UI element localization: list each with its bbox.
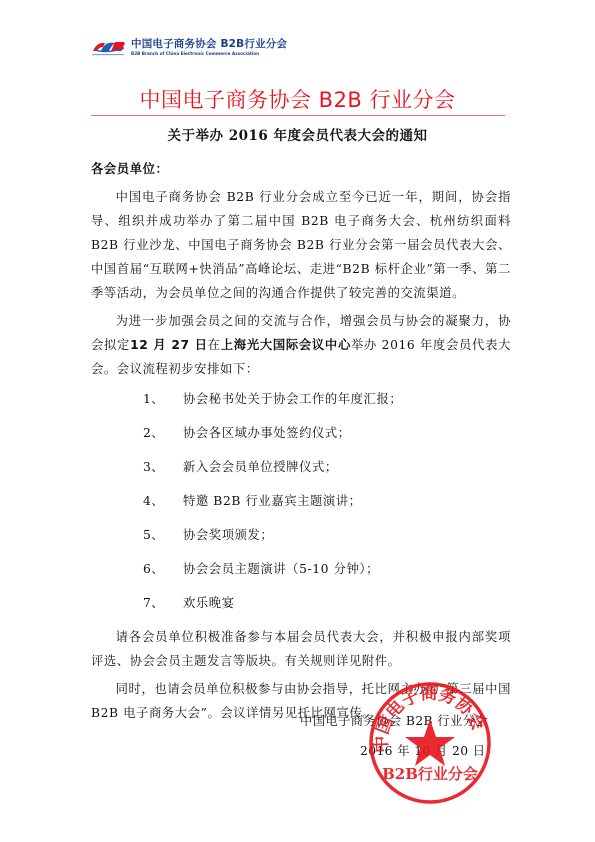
agenda-item: 2、协会各区域办事处签约仪式； [91,421,511,445]
agenda-item: 1、协会秘书处关于协会工作的年度汇报； [91,387,511,411]
letter-body: 各会员单位： 中国电子商务协会 B2B 行业分会成立至今已近一年，期间，协会指导… [91,157,511,729]
red-divider [91,115,505,116]
agenda-item: 3、新入会会员单位授牌仪式； [91,455,511,479]
letterhead-org-en: B2B Branch of China Electronic Commerce … [131,51,287,57]
agenda-item: 5、协会奖项颁发； [91,523,511,547]
salutation: 各会员单位： [91,157,511,181]
letterhead-org-cn: 中国电子商务协会 B2B行业分会 [131,38,287,51]
meeting-venue: 上海光大国际会议中心 [221,338,351,352]
seal-bottom-text: B2B行业分会 [382,765,478,783]
meeting-date: 12 月 27 日 [130,338,208,352]
official-seal-icon: 中国电子商务协会 B2B行业分会 [368,681,492,805]
letterhead: 中国电子商务协会 B2B行业分会 B2B Branch of China Ele… [91,38,287,62]
b2b-logo-icon [91,38,127,60]
agenda-item: 4、特邀 B2B 行业嘉宾主题演讲； [91,489,511,513]
paragraph-prepare: 请各会员单位积极准备参与本届会员代表大会，并积极申报内部奖项评选、协会会员主题发… [91,625,511,673]
document-title: 关于举办 2016 年度会员代表大会的通知 [0,124,595,144]
main-title: 中国电子商务协会 B2B 行业分会 [0,84,595,114]
paragraph-intro: 中国电子商务协会 B2B 行业分会成立至今已近一年，期间，协会指导、组织并成功举… [91,185,511,305]
agenda-item: 6、协会会员主题演讲（5-10 分钟）； [91,557,511,581]
paragraph-meeting: 为进一步加强会员之间的交流与合作，增强会员与协会的凝聚力，协会拟定12 月 27… [91,309,511,381]
agenda-item: 7、欢乐晚宴 [91,591,511,615]
meeting-at: 在 [208,338,221,352]
agenda-list: 1、协会秘书处关于协会工作的年度汇报； 2、协会各区域办事处签约仪式； 3、新入… [91,387,511,615]
